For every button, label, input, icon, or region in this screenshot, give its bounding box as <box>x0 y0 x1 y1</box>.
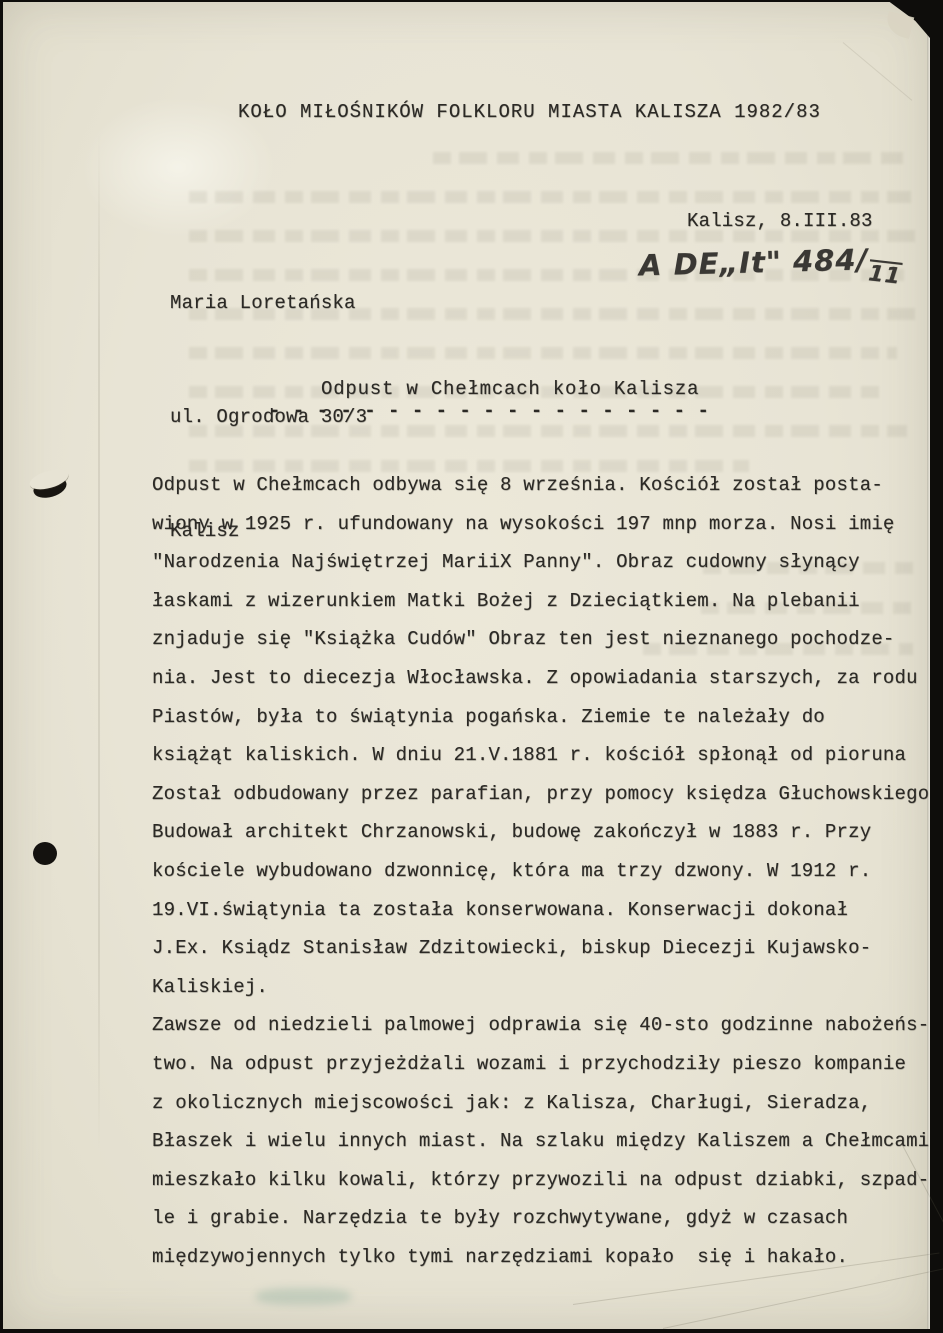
dateline: Kalisz, 8.III.83 <box>687 210 873 232</box>
torn-hole-punch-mark <box>29 470 73 502</box>
bleed-through-line <box>433 152 908 164</box>
body-line: Piastów, była to świątynia pogańska. Zie… <box>152 698 929 737</box>
handwritten-annotation-subscript: 11 <box>867 261 902 290</box>
body-line: Zawsze od niedzieli palmowej odprawia si… <box>152 1006 929 1045</box>
document-header: KOŁO MIŁOŚNIKÓW FOLKLORU MIASTA KALISZA … <box>238 101 821 123</box>
body-line: książąt kaliskich. W dniu 21.V.1881 r. k… <box>152 736 929 775</box>
author-name: Maria Loretańska <box>170 284 367 322</box>
document-title: Odpust w Chełmcach koło Kalisza <box>321 378 699 400</box>
paper-crease <box>663 1268 943 1329</box>
paper-sheet: KOŁO MIŁOŚNIKÓW FOLKLORU MIASTA KALISZA … <box>3 2 930 1329</box>
paper-right-edge <box>927 2 930 1329</box>
paper-fold-line <box>98 132 100 1152</box>
body-text: Odpust w Chełmcach odbywa się 8 września… <box>152 466 929 1276</box>
paper-crease <box>843 42 913 101</box>
body-line: J.Ex. Ksiądz Stanisław Zdzitowiecki, bis… <box>152 929 929 968</box>
body-line: Odpust w Chełmcach odbywa się 8 września… <box>152 466 929 505</box>
body-line: "Narodzenia Najświętrzej MariiX Panny". … <box>152 543 929 582</box>
body-line: Budował architekt Chrzanowski, budowę za… <box>152 813 929 852</box>
body-line: Błaszek i wielu innych miast. Na szlaku … <box>152 1122 929 1161</box>
bleed-through-line <box>189 191 911 203</box>
body-line: le i grabie. Narzędzia te były rozchwyty… <box>152 1199 929 1238</box>
body-line: z okolicznych miejscowości jak: z Kalisz… <box>152 1084 929 1123</box>
handwritten-annotation-text: A DE„It" 484/ <box>639 242 869 282</box>
hole-punch-mark <box>33 842 57 865</box>
body-line: two. Na odpust przyjeżdżali wozami i prz… <box>152 1045 929 1084</box>
body-line: wiony w 1925 r. ufundowany na wysokości … <box>152 505 929 544</box>
body-line: 19.VI.świątynia ta została konserwowana.… <box>152 891 929 930</box>
title-underline: - - - - - - - - - - - - - - - - - - - <box>269 400 709 422</box>
handwritten-annotation: A DE„It" 484/11 <box>639 242 900 283</box>
body-line: mieszkało kilku kowali, którzy przywozil… <box>152 1161 929 1200</box>
body-line: nia. Jest to diecezja Włocławska. Z opow… <box>152 659 929 698</box>
body-line: kościele wybudowano dzwonnicę, która ma … <box>152 852 929 891</box>
body-line: znjaduje się "Książka Cudów" Obraz ten j… <box>152 620 929 659</box>
body-line: Został odbudowany przez parafian, przy p… <box>152 775 929 814</box>
scanned-document: KOŁO MIŁOŚNIKÓW FOLKLORU MIASTA KALISZA … <box>0 0 943 1333</box>
body-line: Kaliskiej. <box>152 968 929 1007</box>
body-line: międzywojennych tylko tymi narzędziami k… <box>152 1238 929 1277</box>
body-line: łaskami z wizerunkiem Matki Bożej z Dzie… <box>152 582 929 621</box>
ink-stain <box>256 1288 351 1305</box>
